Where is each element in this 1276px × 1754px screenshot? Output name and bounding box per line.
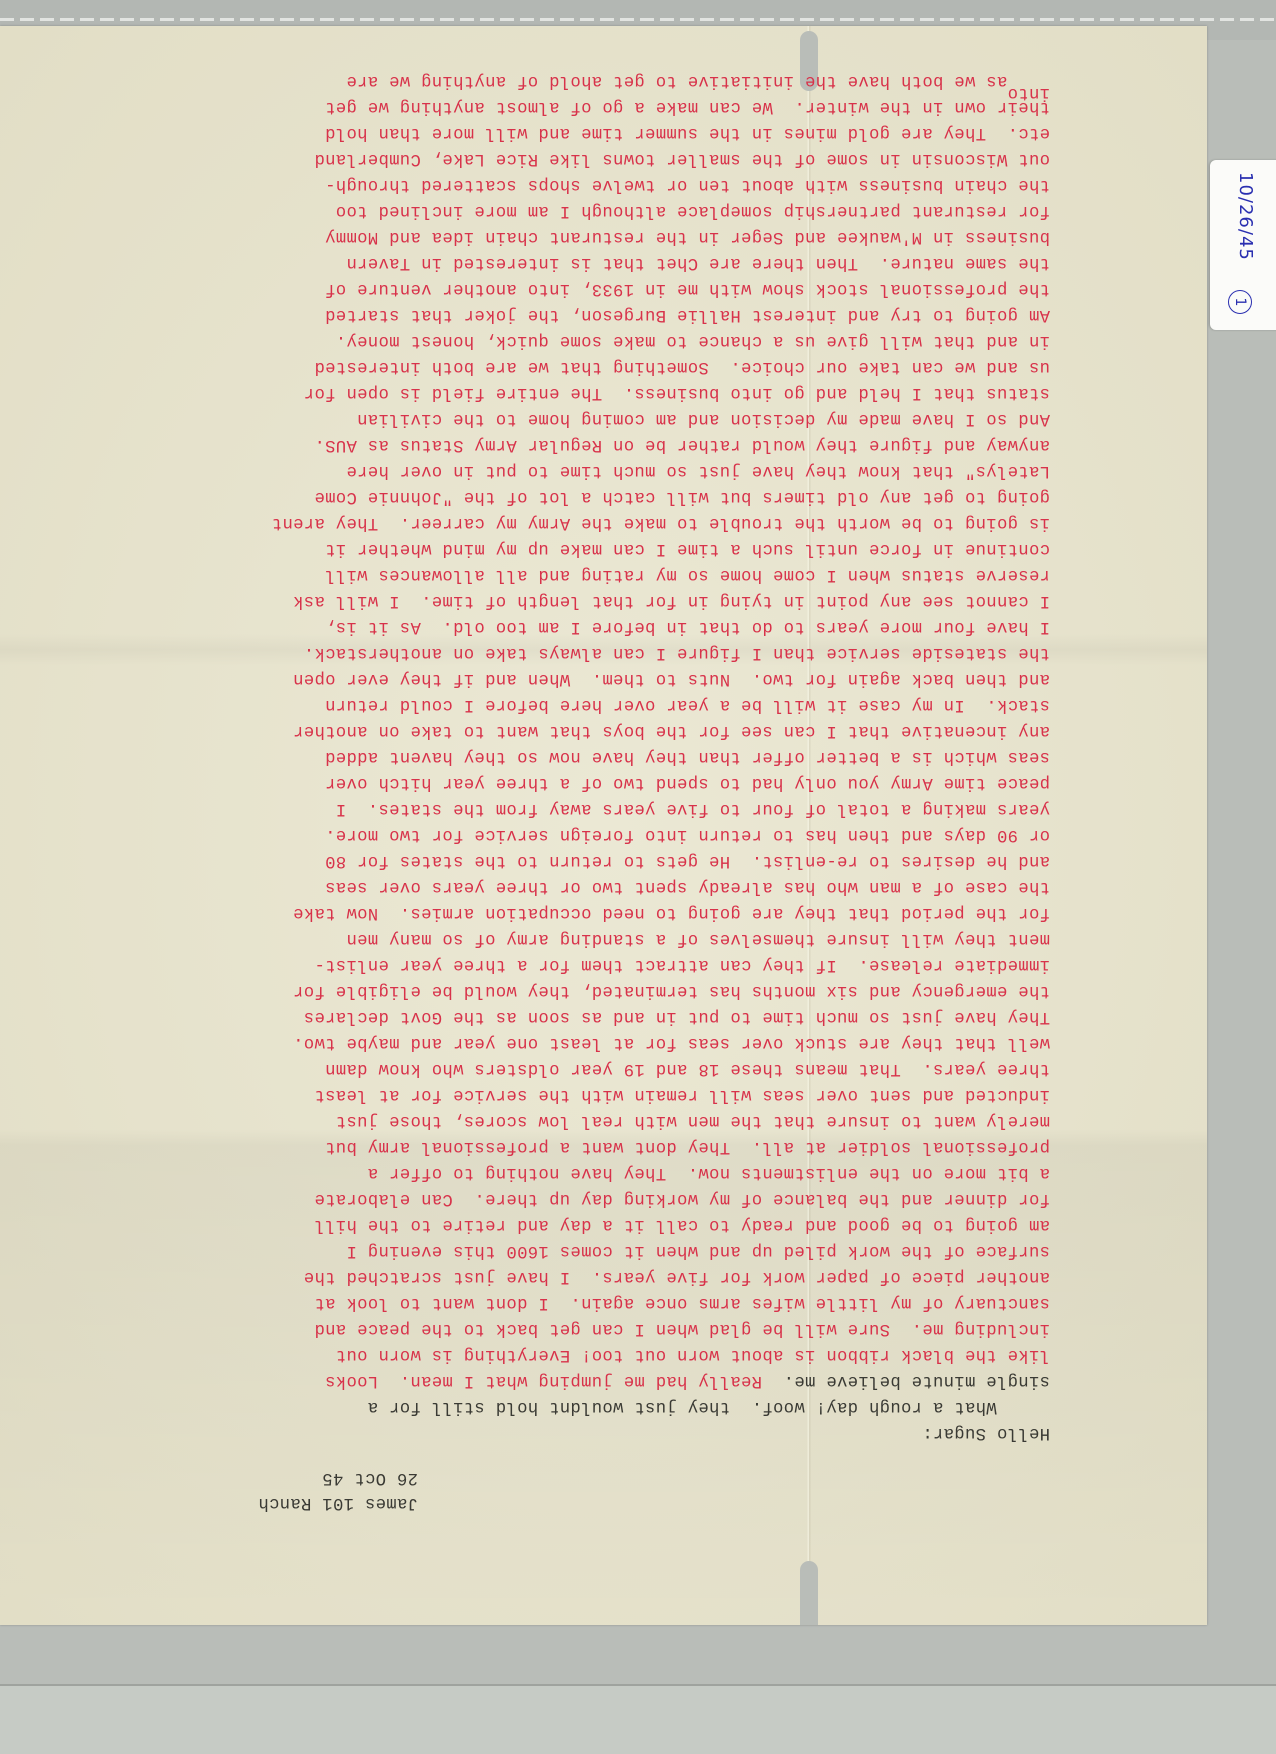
text-segment: peace time Army you only had to spend tw… [325, 773, 1050, 792]
text-segment: the chain business with about ten or twe… [325, 175, 1050, 194]
letter-line: their own in the winter. We can make a g… [272, 93, 1050, 119]
letter-line: going to get any old timers but will cat… [272, 483, 1050, 509]
text-segment: single minute believe me. [783, 1371, 1050, 1390]
letter-line: and he desires to re-enlist. He gets to … [272, 847, 1050, 873]
letter-line: ment they will insure themselves of a st… [272, 925, 1050, 951]
page-number-circled: 1 [1228, 290, 1252, 314]
letter-line: is going to be worth the trouble to make… [272, 509, 1050, 535]
letter-page: James 101 Ranch 26 Oct 45 Hello Sugar: W… [0, 26, 1207, 1625]
text-segment: another piece of paper work for five yea… [304, 1267, 1051, 1286]
archival-label-tab: 10/26/45 1 [1210, 160, 1276, 330]
handwritten-date: 10/26/45 [1235, 172, 1256, 261]
text-segment: the emergency and six months has termina… [293, 981, 1050, 1000]
text-segment: seas which is a better offer than they h… [325, 747, 1050, 766]
letter-line: What a rough day! woof. they just wouldn… [272, 1393, 1050, 1419]
sleeve-stitching [0, 18, 1276, 21]
letter-line: continue in force until such a time I ca… [272, 535, 1050, 561]
text-segment: am going to be good and ready to call it… [314, 1215, 1050, 1234]
text-segment: in and that will give us a chance to mak… [336, 331, 1051, 350]
text-segment: I cannot see any point in tying in for t… [293, 591, 1050, 610]
letter-line: peace time Army you only had to spend tw… [272, 769, 1050, 795]
letter-line: three years. That means these 18 and 19 … [272, 1055, 1050, 1081]
text-segment: like the black ribbon is about worn out … [336, 1345, 1051, 1364]
letter-line: business in M'waukee and Seger in the re… [272, 223, 1050, 249]
text-segment: years making a total of four to five yea… [336, 799, 1051, 818]
text-segment: is going to be worth the trouble to make… [272, 513, 1050, 532]
letter-line: the chain business with about ten or twe… [272, 171, 1050, 197]
letter-line: a bit more on the enlistments now. They … [272, 1159, 1050, 1185]
text-segment: Latelys" that know they have just so muc… [346, 461, 1050, 480]
text-segment: surface of the work piled up and when it… [346, 1241, 1050, 1260]
letter-line: sanctuary of my little wifes arms once a… [272, 1289, 1050, 1315]
text-segment: ment they will insure themselves of a st… [346, 929, 1050, 948]
text-segment: Really had me jumping what I mean. Looks [325, 1371, 784, 1390]
letter-line: reserve status when I come home so my ra… [272, 561, 1050, 587]
text-segment: the stateside service than I figure I ca… [304, 643, 1051, 662]
letter-line: in and that will give us a chance to mak… [272, 327, 1050, 353]
letter-line: Latelys" that know they have just so muc… [272, 457, 1050, 483]
text-segment: status that I held and go into business.… [304, 383, 1051, 402]
letter-line: for resturant partnership someplace alth… [272, 197, 1050, 223]
letter-line: seas which is a better offer than they h… [272, 743, 1050, 769]
text-segment: continue in force until such a time I ca… [325, 539, 1050, 558]
text-segment: for dinner and the balance of my working… [314, 1189, 1050, 1208]
letter-line: the case of a man who has already spent … [272, 873, 1050, 899]
letter-line: or 90 days and then has to return into f… [272, 821, 1050, 847]
text-segment: What a rough day! woof. they just wouldn… [367, 1397, 1050, 1416]
text-segment: going to get any old timers but will cat… [314, 487, 1050, 506]
text-segment: anyway and figure they would rather be o… [314, 435, 1050, 454]
text-segment: stack. In my case it will be a year over… [325, 695, 1050, 714]
letter-line: inducted and sent over seas will remain … [272, 1081, 1050, 1107]
sender-line: James 101 Ranch [258, 1490, 418, 1515]
text-segment: business in M'waukee and Seger in the re… [325, 227, 1050, 246]
letter-line: merely want to insure that the men with … [272, 1107, 1050, 1133]
text-segment: reserve status when I come home so my ra… [325, 565, 1050, 584]
letter-line: and then back again for two. Nuts to the… [272, 665, 1050, 691]
text-segment: and he desires to re-enlist. He gets to … [325, 851, 1050, 870]
letter-line: They have just so much time to put in an… [272, 1003, 1050, 1029]
letter-line: professional soldier at all. They dont w… [272, 1133, 1050, 1159]
text-segment: the same nature. Then there are Chet tha… [346, 253, 1050, 272]
paper-tear-top [800, 1561, 818, 1625]
text-segment: I have four more years to do that in bef… [325, 617, 1050, 636]
text-segment: well that they are stuck over seas for a… [293, 1033, 1050, 1052]
text-segment: merely want to insure that the men with … [336, 1111, 1051, 1130]
text-segment: and then back again for two. Nuts to the… [293, 669, 1050, 688]
letter-line: I have four more years to do that in bef… [272, 613, 1050, 639]
text-segment: a bit more on the enlistments now. They … [367, 1163, 1050, 1182]
text-segment: their own in the winter. We can make a g… [325, 97, 1050, 116]
letter-line: the same nature. Then there are Chet tha… [272, 249, 1050, 275]
inserted-word: into [1007, 79, 1050, 105]
text-segment: or 90 days and then has to return into f… [325, 825, 1050, 844]
letter-line: including me. Sure will be glad when I c… [272, 1315, 1050, 1341]
letter-line: anyway and figure they would rather be o… [272, 431, 1050, 457]
letter-line: the emergency and six months has termina… [272, 977, 1050, 1003]
date-line: 26 Oct 45 [258, 1465, 418, 1490]
letter-line: status that I held and go into business.… [272, 379, 1050, 405]
letter-line: us and we can take our choice. Something… [272, 353, 1050, 379]
letter-line: stack. In my case it will be a year over… [272, 691, 1050, 717]
text-segment: as we both have the initiative to get ah… [346, 71, 1050, 90]
text-segment: Am going to try and interest Hallie Burg… [325, 305, 1050, 324]
letter-line: etc. They are gold mines in the summer t… [272, 119, 1050, 145]
letter-line: any incenative that I can see for the bo… [272, 717, 1050, 743]
text-segment: immediate release. If they can attract t… [314, 955, 1050, 974]
text-segment: three years. That means these 18 and 19 … [325, 1059, 1050, 1078]
letter-line: single minute believe me. Really had me … [272, 1367, 1050, 1393]
letter-body: What a rough day! woof. they just wouldn… [272, 67, 1050, 1419]
text-segment: the professional stock show with me in 1… [325, 279, 1050, 298]
letter-line: for dinner and the balance of my working… [272, 1185, 1050, 1211]
text-segment: the case of a man who has already spent … [325, 877, 1050, 896]
text-segment: any incenative that I can see for the bo… [293, 721, 1050, 740]
text-segment: And so I have made my decision and am co… [357, 409, 1050, 428]
text-segment: professional soldier at all. They dont w… [325, 1137, 1050, 1156]
letter-line: like the black ribbon is about worn out … [272, 1341, 1050, 1367]
letter-line: well that they are stuck over seas for a… [272, 1029, 1050, 1055]
letter-line: And so I have made my decision and am co… [272, 405, 1050, 431]
letter-line: out Wisconsin in some of the smaller tow… [272, 145, 1050, 171]
salutation: Hello Sugar: [922, 1419, 1050, 1445]
letter-line: Am going to try and interest Hallie Burg… [272, 301, 1050, 327]
text-segment: for the period that they are going to ne… [293, 903, 1050, 922]
text-segment: They have just so much time to put in an… [304, 1007, 1051, 1026]
letter-line: am going to be good and ready to call it… [272, 1211, 1050, 1237]
text-segment: out Wisconsin in some of the smaller tow… [314, 149, 1050, 168]
letter-line: I cannot see any point in tying in for t… [272, 587, 1050, 613]
text-segment: us and we can take our choice. Something… [314, 357, 1050, 376]
letter-line: the stateside service than I figure I ca… [272, 639, 1050, 665]
letter-header: James 101 Ranch 26 Oct 45 [258, 1465, 418, 1515]
letter-line: into as we both have the initiative to g… [272, 67, 1050, 93]
text-segment: for resturant partnership someplace alth… [336, 201, 1051, 220]
letter-line: another piece of paper work for five yea… [272, 1263, 1050, 1289]
letter-line: years making a total of four to five yea… [272, 795, 1050, 821]
text-segment: inducted and sent over seas will remain … [314, 1085, 1050, 1104]
letter-line: surface of the work piled up and when it… [272, 1237, 1050, 1263]
letter-line: the professional stock show with me in 1… [272, 275, 1050, 301]
letter-line: immediate release. If they can attract t… [272, 951, 1050, 977]
text-segment: including me. Sure will be glad when I c… [314, 1319, 1050, 1338]
text-segment: etc. They are gold mines in the summer t… [325, 123, 1050, 142]
text-segment: sanctuary of my little wifes arms once a… [314, 1293, 1050, 1312]
letter-line: for the period that they are going to ne… [272, 899, 1050, 925]
archival-sleeve-bottom [0, 1684, 1276, 1754]
